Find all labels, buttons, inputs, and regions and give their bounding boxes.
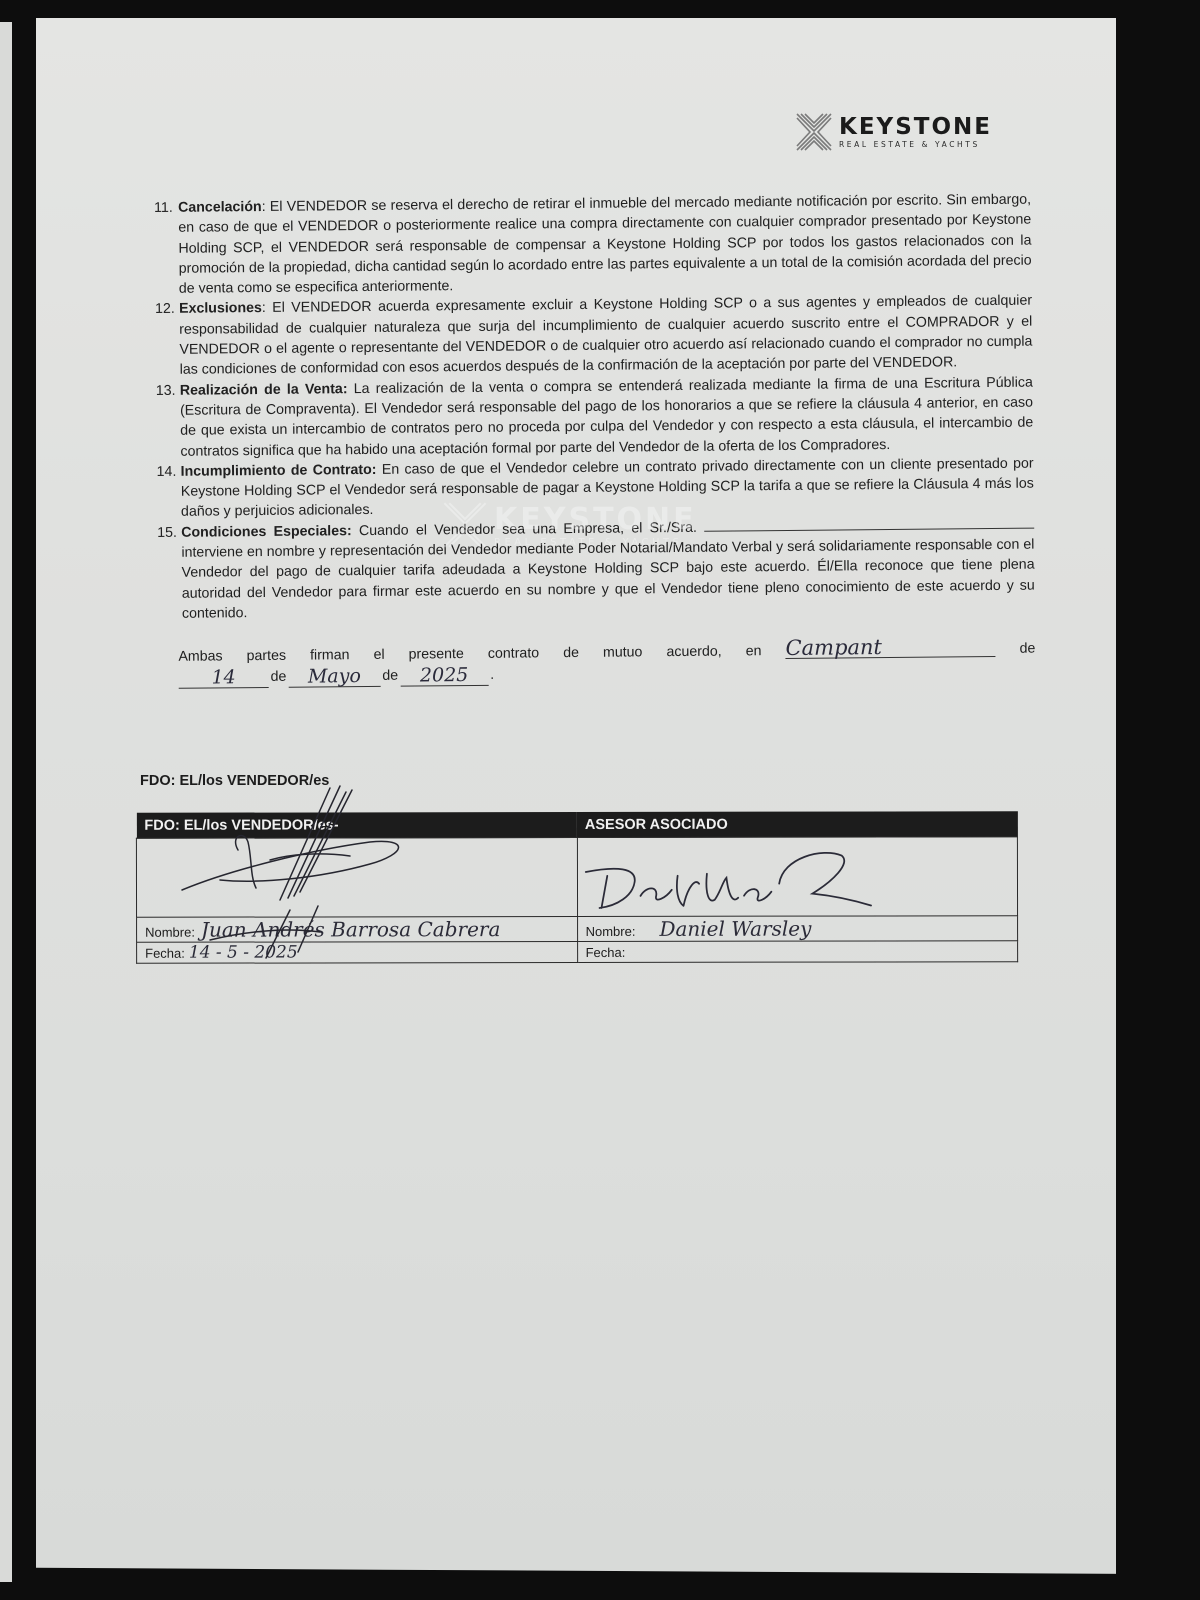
- brand-name: KEYSTONE: [839, 115, 992, 139]
- date-period: .: [490, 665, 494, 685]
- place-field[interactable]: Campant: [785, 636, 995, 659]
- advisor-name-row: Nombre:Daniel Warsley: [577, 916, 1018, 942]
- clause-title: Cancelación: [178, 199, 262, 216]
- brand-tagline: REAL ESTATE & YACHTS: [839, 139, 992, 150]
- clause-number: 13.: [156, 380, 176, 400]
- advisor-name-label: Nombre:: [586, 924, 636, 939]
- representative-name-blank[interactable]: [704, 515, 1034, 531]
- contract-body: 11. Cancelación: El VENDEDOR se reserva …: [156, 190, 1036, 689]
- date-de: de: [382, 666, 398, 686]
- keystone-x-chevron-icon: [795, 112, 833, 152]
- signature-label: FDO: EL/los VENDEDOR/es: [140, 773, 329, 789]
- month-field[interactable]: Mayo: [288, 665, 380, 687]
- clause-number: 12.: [155, 299, 175, 319]
- seller-date-label: Fecha:: [145, 946, 185, 961]
- clause-12: 12. Exclusiones: El VENDEDOR acuerda exp…: [157, 291, 1033, 381]
- year-field[interactable]: 2025: [400, 664, 488, 686]
- clause-11: 11. Cancelación: El VENDEDOR se reserva …: [156, 190, 1032, 300]
- seller-name-row: Nombre:Juan Andrés Barrosa Cabrera: [137, 916, 578, 942]
- clause-title: Exclusiones: [179, 300, 262, 317]
- clause-number: 15.: [157, 523, 177, 543]
- clause-title: Realización de la Venta:: [180, 381, 348, 399]
- clause-list: 11. Cancelación: El VENDEDOR se reserva …: [156, 190, 1035, 625]
- clause-number: 14.: [157, 462, 177, 482]
- seller-signature-box[interactable]: [136, 838, 577, 918]
- clause-13: 13. Realización de la Venta: La realizac…: [158, 372, 1034, 462]
- advisor-signature-box[interactable]: [577, 837, 1018, 917]
- advisor-date-row: Fecha:: [577, 941, 1018, 963]
- date-de: de: [271, 667, 287, 687]
- signature-table: FDO: EL/los VENDEDOR/es- ASESOR ASOCIADO…: [136, 811, 1018, 964]
- clause-title: Incumplimiento de Contrato:: [181, 462, 377, 480]
- closing-de: de: [1019, 641, 1035, 657]
- seller-date-field[interactable]: 14 - 5 - 2025: [189, 942, 298, 962]
- watermark-name: KEYSTONE: [494, 502, 697, 537]
- watermark-tagline: REAL ESTATE & YACHTS: [494, 537, 697, 548]
- keystone-watermark: KEYSTONE REAL ESTATE & YACHTS: [442, 500, 697, 550]
- clause-number: 11.: [154, 198, 173, 218]
- closing-text: Ambas partes firman el presente contrato…: [178, 643, 761, 665]
- clause-title: Condiciones Especiales:: [181, 523, 352, 541]
- advisor-date-label: Fecha:: [586, 945, 626, 960]
- advisor-name-field[interactable]: Daniel Warsley: [659, 917, 811, 941]
- clause-text: : El VENDEDOR se reserva el derecho de r…: [178, 192, 1032, 297]
- seller-column-header: FDO: EL/los VENDEDOR/es-: [136, 812, 577, 838]
- advisor-signature: [577, 837, 1017, 916]
- seller-name-field[interactable]: Juan Andrés Barrosa Cabrera: [201, 917, 500, 942]
- seller-date-row: Fecha:14 - 5 - 2025: [137, 941, 578, 963]
- brand-logo: KEYSTONE REAL ESTATE & YACHTS: [795, 112, 992, 152]
- seller-name-label: Nombre:: [145, 925, 195, 940]
- clause-text: : El VENDEDOR acuerda expresamente exclu…: [179, 293, 1032, 378]
- keystone-x-chevron-icon: [442, 500, 488, 550]
- advisor-column-header: ASESOR ASOCIADO: [577, 811, 1018, 837]
- day-field[interactable]: 14: [179, 666, 269, 688]
- adjacent-page-edge: [0, 22, 12, 1582]
